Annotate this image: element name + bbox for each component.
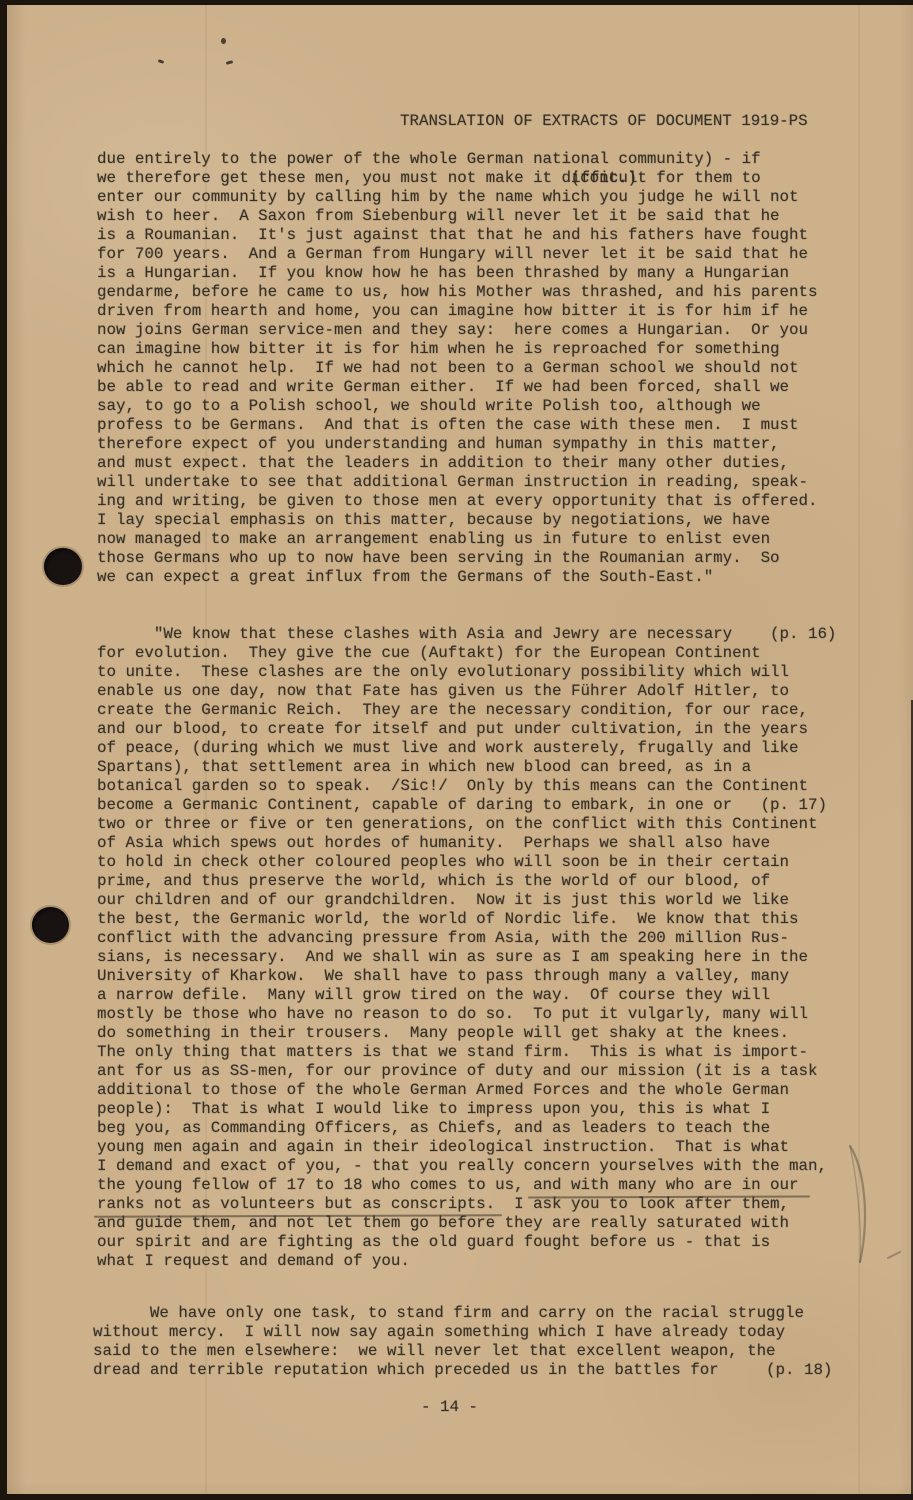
document-page: TRANSLATION OF EXTRACTS OF DOCUMENT 1919…	[0, 0, 913, 1500]
paragraph-2: "We know that these clashes with Asia an…	[97, 625, 836, 1271]
punch-hole	[32, 907, 69, 943]
scan-edge-left	[0, 0, 7, 1500]
pencil-margin-mark	[836, 1130, 906, 1280]
page-number: - 14 -	[421, 1398, 478, 1417]
scan-edge-bottom	[0, 1494, 913, 1500]
paragraph-3: We have only one task, to stand firm and…	[93, 1304, 832, 1380]
paragraph-1: due entirely to the power of the whole G…	[97, 150, 817, 587]
ink-speck	[158, 59, 165, 64]
punch-hole	[44, 548, 82, 585]
scan-edge-top	[0, 0, 913, 5]
document-title: TRANSLATION OF EXTRACTS OF DOCUMENT 1919…	[400, 112, 808, 131]
ink-speck	[226, 60, 234, 65]
ink-speck	[221, 38, 226, 44]
